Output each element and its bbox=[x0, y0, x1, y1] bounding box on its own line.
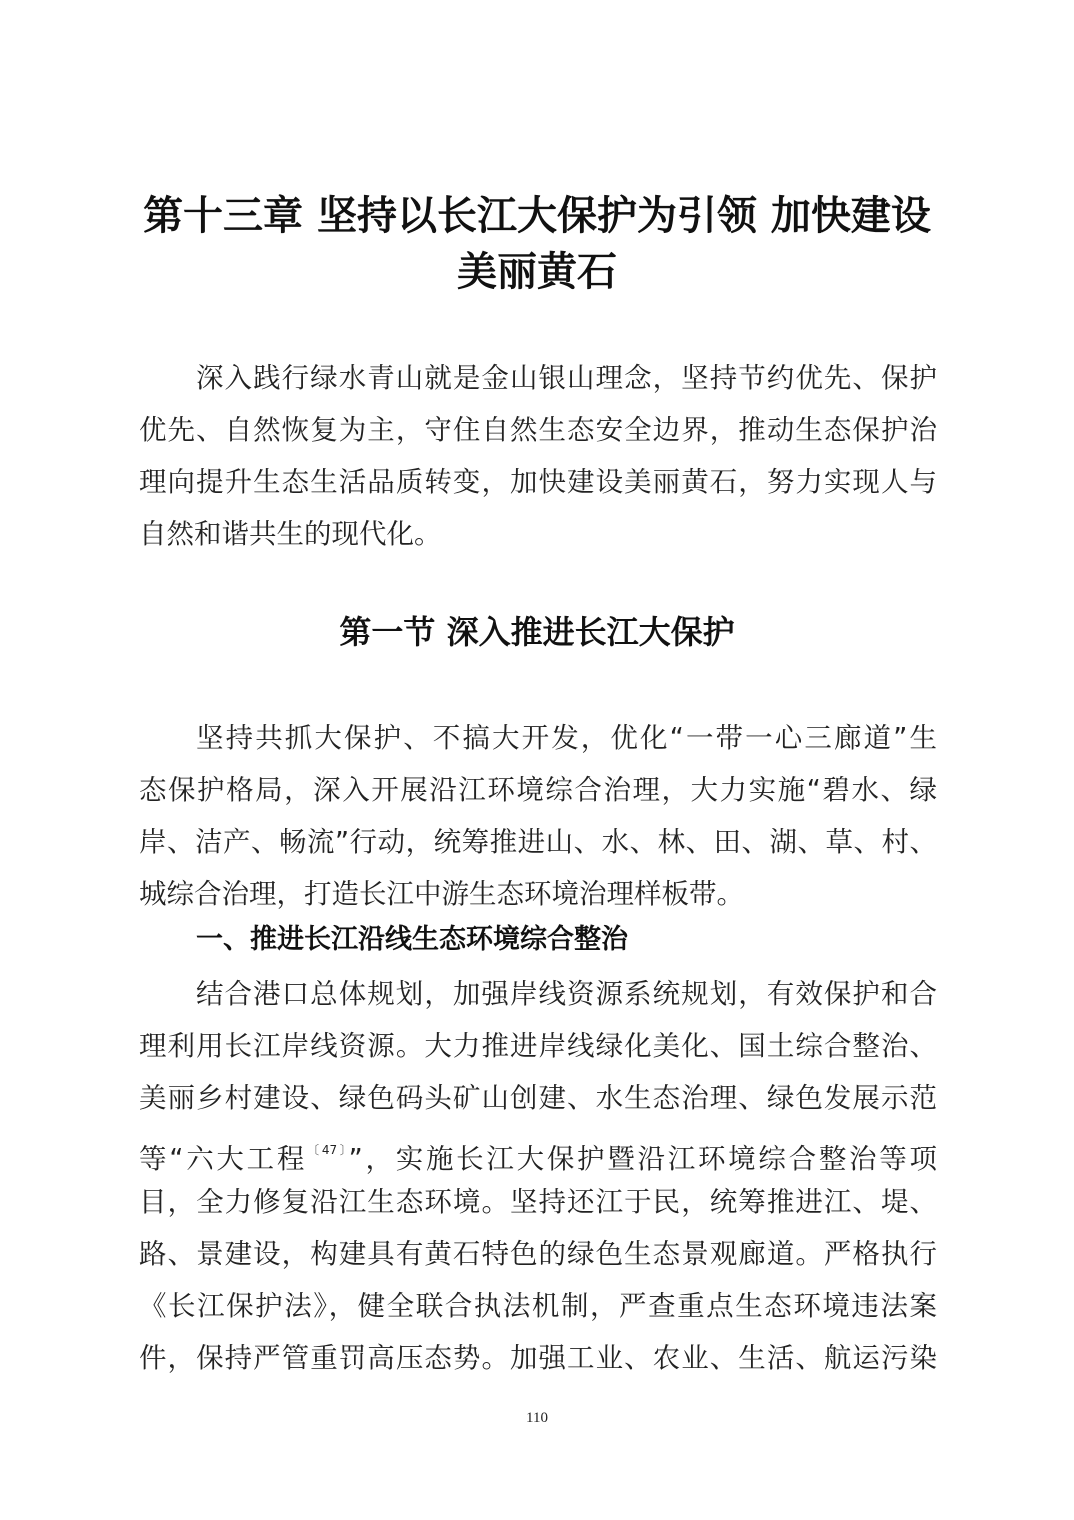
text-line: 美丽乡村建设、绿色码头矿山创建、水生态治理、绿色发展示范 bbox=[139, 1072, 937, 1124]
section-intro-paragraph: 坚持共抓大保护、不搞大开发，优化“一带一心三廊道”生 态保护格局，深入开展沿江环… bbox=[139, 712, 937, 920]
text-line: 城综合治理，打造长江中游生态环境治理样板带。 bbox=[139, 868, 937, 920]
text-fragment: 等“六大工程 bbox=[139, 1143, 307, 1175]
text-line: 目，全力修复沿江生态环境。坚持还江于民，统筹推进江、堤、 bbox=[139, 1176, 937, 1228]
text-fragment: ”，实施长江大保护暨沿江环境综合整治等项 bbox=[349, 1143, 937, 1175]
text-line-with-footnote: 等“六大工程〔47〕”，实施长江大保护暨沿江环境综合整治等项 bbox=[139, 1124, 937, 1176]
text-line: 结合港口总体规划，加强岸线资源系统规划，有效保护和合 bbox=[139, 968, 937, 1020]
text-line: 岸、洁产、畅流”行动，统筹推进山、水、林、田、湖、草、村、 bbox=[139, 816, 937, 868]
section-title: 第一节 深入推进长江大保护 bbox=[130, 610, 944, 654]
chapter-title-line-2: 美丽黄石 bbox=[130, 244, 944, 300]
chapter-intro-paragraph: 深入践行绿水青山就是金山银山理念，坚持节约优先、保护 优先、自然恢复为主，守住自… bbox=[139, 352, 937, 560]
document-page: 第十三章 坚持以长江大保护为引领 加快建设 美丽黄石 深入践行绿水青山就是金山银… bbox=[0, 0, 1074, 1520]
text-line: 路、景建设，构建具有黄石特色的绿色生态景观廊道。严格执行 bbox=[139, 1228, 937, 1280]
footnote-ref[interactable]: 〔47〕 bbox=[307, 1143, 348, 1157]
text-line: 深入践行绿水青山就是金山银山理念，坚持节约优先、保护 bbox=[139, 352, 937, 404]
body-paragraph: 结合港口总体规划，加强岸线资源系统规划，有效保护和合 理利用长江岸线资源。大力推… bbox=[139, 968, 937, 1384]
text-line: 态保护格局，深入开展沿江环境综合治理，大力实施“碧水、绿 bbox=[139, 764, 937, 816]
chapter-title: 第十三章 坚持以长江大保护为引领 加快建设 美丽黄石 bbox=[130, 188, 944, 300]
subheading: 一、推进长江沿线生态环境综合整治 bbox=[196, 920, 628, 960]
page-number: 110 bbox=[0, 1410, 1074, 1427]
text-line: 坚持共抓大保护、不搞大开发，优化“一带一心三廊道”生 bbox=[139, 712, 937, 764]
text-line: 自然和谐共生的现代化。 bbox=[139, 508, 937, 560]
text-line: 《长江保护法》，健全联合执法机制，严查重点生态环境违法案 bbox=[139, 1280, 937, 1332]
text-line: 理向提升生态生活品质转变，加快建设美丽黄石，努力实现人与 bbox=[139, 456, 937, 508]
text-line: 理利用长江岸线资源。大力推进岸线绿化美化、国土综合整治、 bbox=[139, 1020, 937, 1072]
text-line: 优先、自然恢复为主，守住自然生态安全边界，推动生态保护治 bbox=[139, 404, 937, 456]
chapter-title-line-1: 第十三章 坚持以长江大保护为引领 加快建设 bbox=[130, 188, 944, 244]
text-line: 件，保持严管重罚高压态势。加强工业、农业、生活、航运污染 bbox=[139, 1332, 937, 1384]
